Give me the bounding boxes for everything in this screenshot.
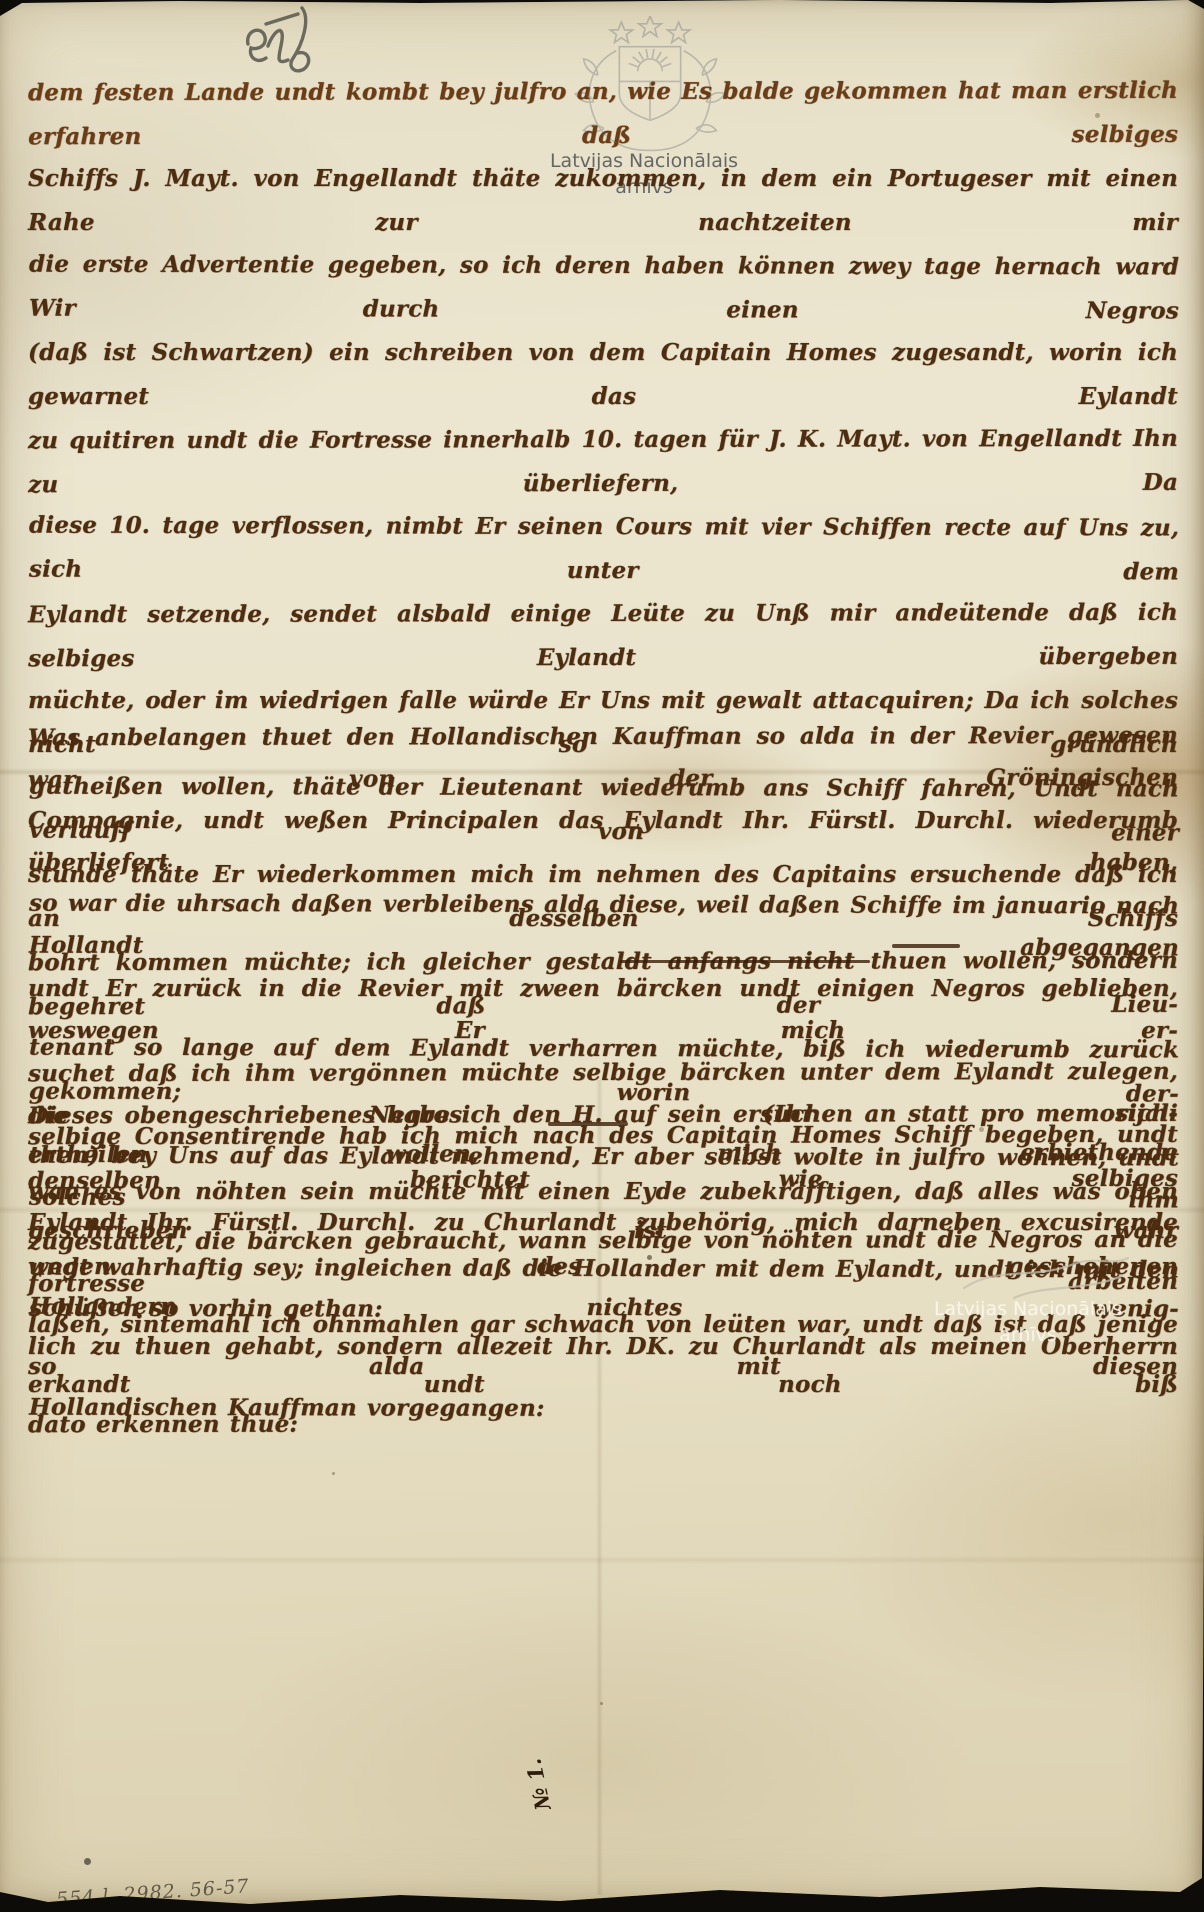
text-line: die erste Advertentie gegeben, so ich de… (29, 243, 1179, 333)
archive-watermark-bottom-line2: arhīvs (928, 1322, 1128, 1348)
text-line: Schiffs J. Mayt. von Engellandt thäte zu… (28, 157, 1178, 244)
archive-watermark-bottom: Latvijas Nacionālais arhīvs (928, 1296, 1128, 1348)
ink-strikethrough (548, 1122, 628, 1126)
text-line: Dieses obengeschriebenes habe ich den H.… (28, 1095, 1178, 1175)
text-line: diese 10. tage verflossen, nimbt Er sein… (29, 504, 1179, 594)
document-scan: Latvijas Nacionālais arhīvs dem festen L… (0, 0, 1204, 1912)
text-line: dem festen Lande undt kombt bey julfro a… (28, 69, 1178, 158)
text-line: Eylandt setzende, sendet alsbald einige … (28, 591, 1178, 680)
archive-number: 554 l. 2982. 56-57 (55, 1875, 250, 1910)
text-line: wan es von nöhten sein müchte mit einen … (28, 1173, 1178, 1250)
ink-underline (620, 960, 870, 963)
text-line: dato erkennen thue: (28, 1404, 1178, 1445)
text-line: zu quitiren undt die Fortresse innerhalb… (28, 417, 1178, 506)
text-line: Was anbelangen thuet den Hollandischen K… (28, 715, 1178, 801)
text-line: (daß ist Schwartzen) ein schreiben von d… (28, 331, 1178, 418)
text-line: Compagnie, undt weßen Principalen das Ey… (28, 800, 1178, 884)
text-line: so war die uhrsach daßen verbleibens ald… (29, 883, 1179, 970)
text-line: undt Er zurück in die Revier mit zween b… (28, 968, 1178, 1052)
number-mark: № 1. (520, 1756, 555, 1812)
paper-specks (0, 0, 3, 3)
ink-strikethrough (892, 944, 960, 948)
paper-sheet: Latvijas Nacionālais arhīvs dem festen L… (0, 0, 1204, 1912)
archive-watermark-bottom-line1: Latvijas Nacionālais (928, 1296, 1128, 1322)
